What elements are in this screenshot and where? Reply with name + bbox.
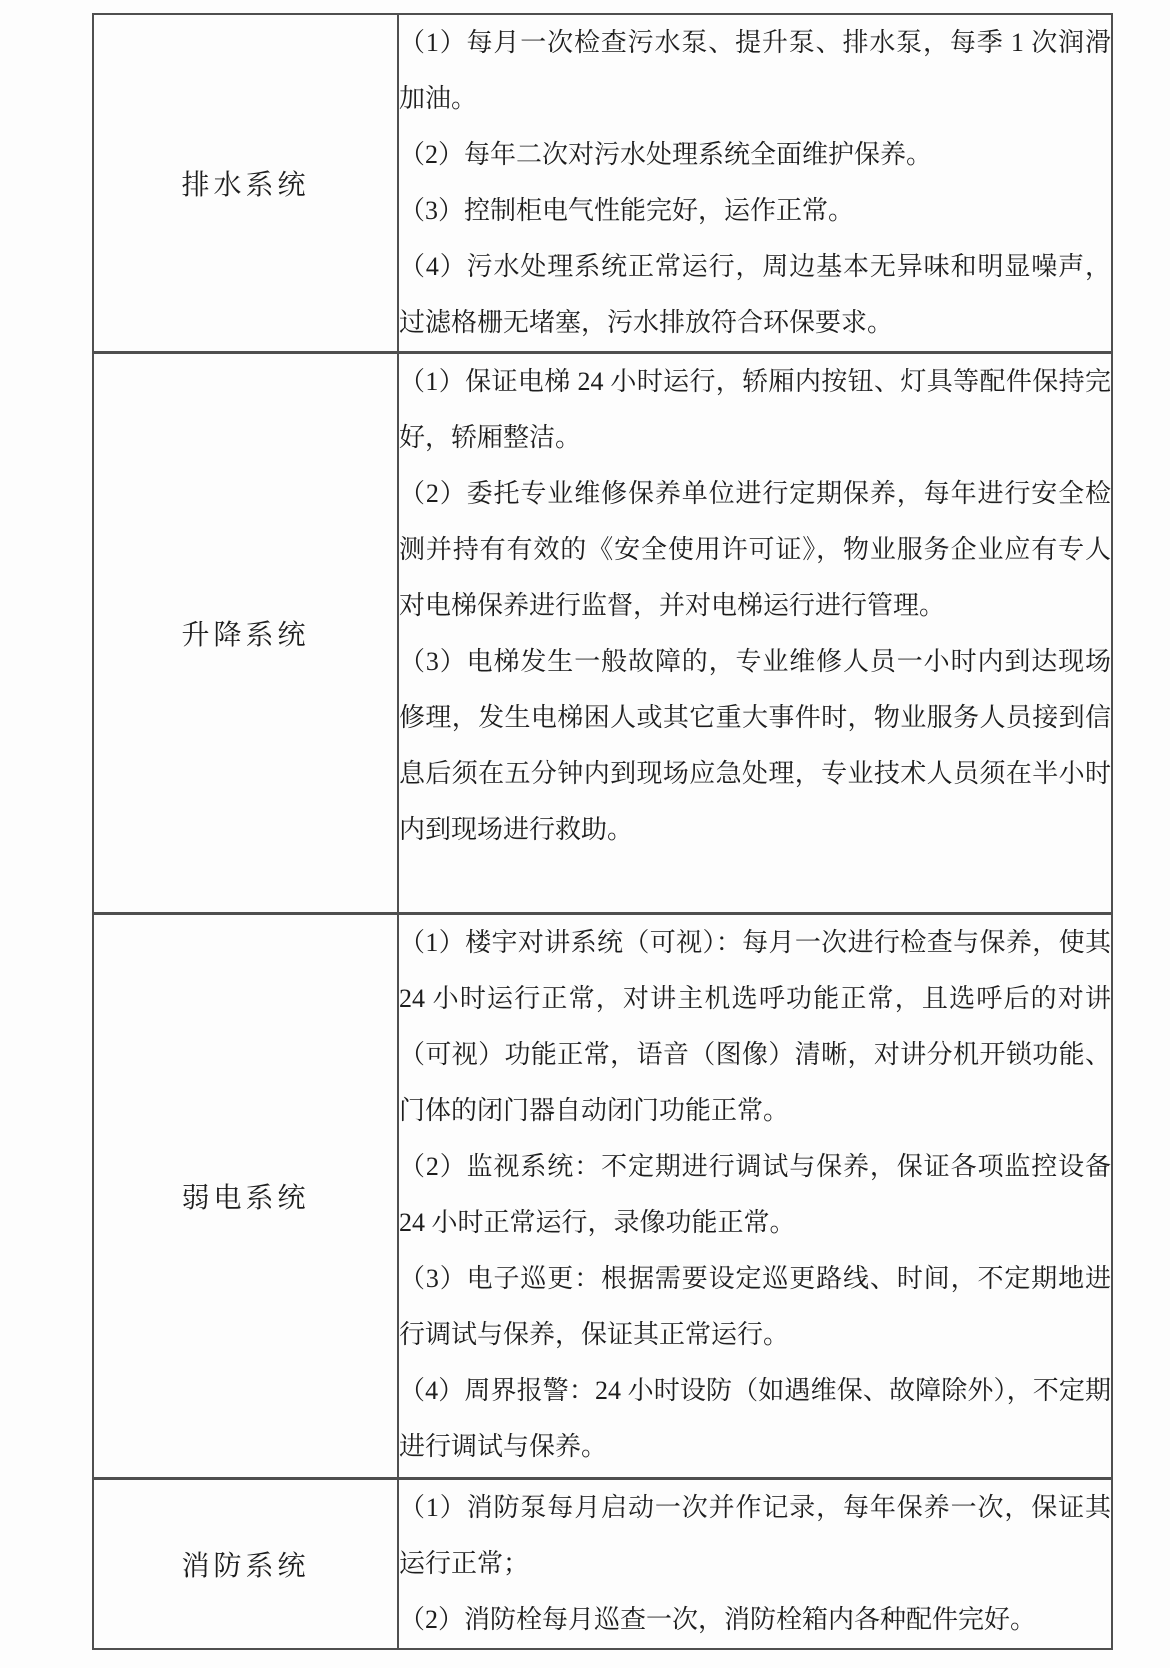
table-row: 消防系统 （1）消防泵每月启动一次并作记录，每年保养一次，保证其运行正常；（2）… xyxy=(93,1479,1112,1650)
maintenance-item: （2）每年二次对污水处理系统全面维护保养。 xyxy=(399,127,1111,183)
detail-cell: （1）保证电梯 24 小时运行，轿厢内按钮、灯具等配件保持完好，轿厢整洁。（2）… xyxy=(398,353,1112,914)
detail-cell: （1）楼宇对讲系统（可视）：每月一次进行检查与保养，使其 24 小时运行正常，对… xyxy=(398,914,1112,1479)
table-row: 排水系统 （1）每月一次检查污水泵、提升泵、排水泵，每季 1 次润滑加油。（2）… xyxy=(93,14,1112,353)
detail-cell: （1）消防泵每月启动一次并作记录，每年保养一次，保证其运行正常；（2）消防栓每月… xyxy=(398,1479,1112,1650)
system-name: 升降系统 xyxy=(181,620,309,651)
system-name: 弱电系统 xyxy=(181,1183,309,1214)
system-name-cell: 排水系统 xyxy=(93,14,398,353)
document-page: 排水系统 （1）每月一次检查污水泵、提升泵、排水泵，每季 1 次润滑加油。（2）… xyxy=(0,0,1170,1668)
maintenance-item: （1）每月一次检查污水泵、提升泵、排水泵，每季 1 次润滑加油。 xyxy=(399,15,1111,127)
maintenance-item: （4）周界报警：24 小时设防（如遇维保、故障除外），不定期进行调试与保养。 xyxy=(399,1363,1111,1475)
system-name: 消防系统 xyxy=(181,1551,309,1582)
system-name: 排水系统 xyxy=(181,170,309,201)
table-row: 升降系统 （1）保证电梯 24 小时运行，轿厢内按钮、灯具等配件保持完好，轿厢整… xyxy=(93,353,1112,914)
maintenance-item: （2）消防栓每月巡查一次，消防栓箱内各种配件完好。 xyxy=(399,1592,1111,1648)
maintenance-item: （1）楼宇对讲系统（可视）：每月一次进行检查与保养，使其 24 小时运行正常，对… xyxy=(399,915,1111,1139)
system-name-cell: 弱电系统 xyxy=(93,914,398,1479)
maintenance-item: （1）保证电梯 24 小时运行，轿厢内按钮、灯具等配件保持完好，轿厢整洁。 xyxy=(399,354,1111,466)
maintenance-item: （4）污水处理系统正常运行，周边基本无异味和明显噪声，过滤格栅无堵塞，污水排放符… xyxy=(399,239,1111,351)
system-name-cell: 消防系统 xyxy=(93,1479,398,1650)
maintenance-table: 排水系统 （1）每月一次检查污水泵、提升泵、排水泵，每季 1 次润滑加油。（2）… xyxy=(92,13,1113,1650)
table-body: 排水系统 （1）每月一次检查污水泵、提升泵、排水泵，每季 1 次润滑加油。（2）… xyxy=(93,14,1112,1649)
maintenance-item: （3）电梯发生一般故障的，专业维修人员一小时内到达现场修理，发生电梯困人或其它重… xyxy=(399,634,1111,858)
maintenance-item: （1）消防泵每月启动一次并作记录，每年保养一次，保证其运行正常； xyxy=(399,1480,1111,1592)
maintenance-item: （3）控制柜电气性能完好，运作正常。 xyxy=(399,183,1111,239)
maintenance-item: （2）监视系统：不定期进行调试与保养，保证各项监控设备 24 小时正常运行，录像… xyxy=(399,1139,1111,1251)
table-row: 弱电系统 （1）楼宇对讲系统（可视）：每月一次进行检查与保养，使其 24 小时运… xyxy=(93,914,1112,1479)
system-name-cell: 升降系统 xyxy=(93,353,398,914)
maintenance-item: （2）委托专业维修保养单位进行定期保养，每年进行安全检测并持有有效的《安全使用许… xyxy=(399,466,1111,634)
detail-cell: （1）每月一次检查污水泵、提升泵、排水泵，每季 1 次润滑加油。（2）每年二次对… xyxy=(398,14,1112,353)
maintenance-item: （3）电子巡更：根据需要设定巡更路线、时间，不定期地进行调试与保养，保证其正常运… xyxy=(399,1251,1111,1363)
